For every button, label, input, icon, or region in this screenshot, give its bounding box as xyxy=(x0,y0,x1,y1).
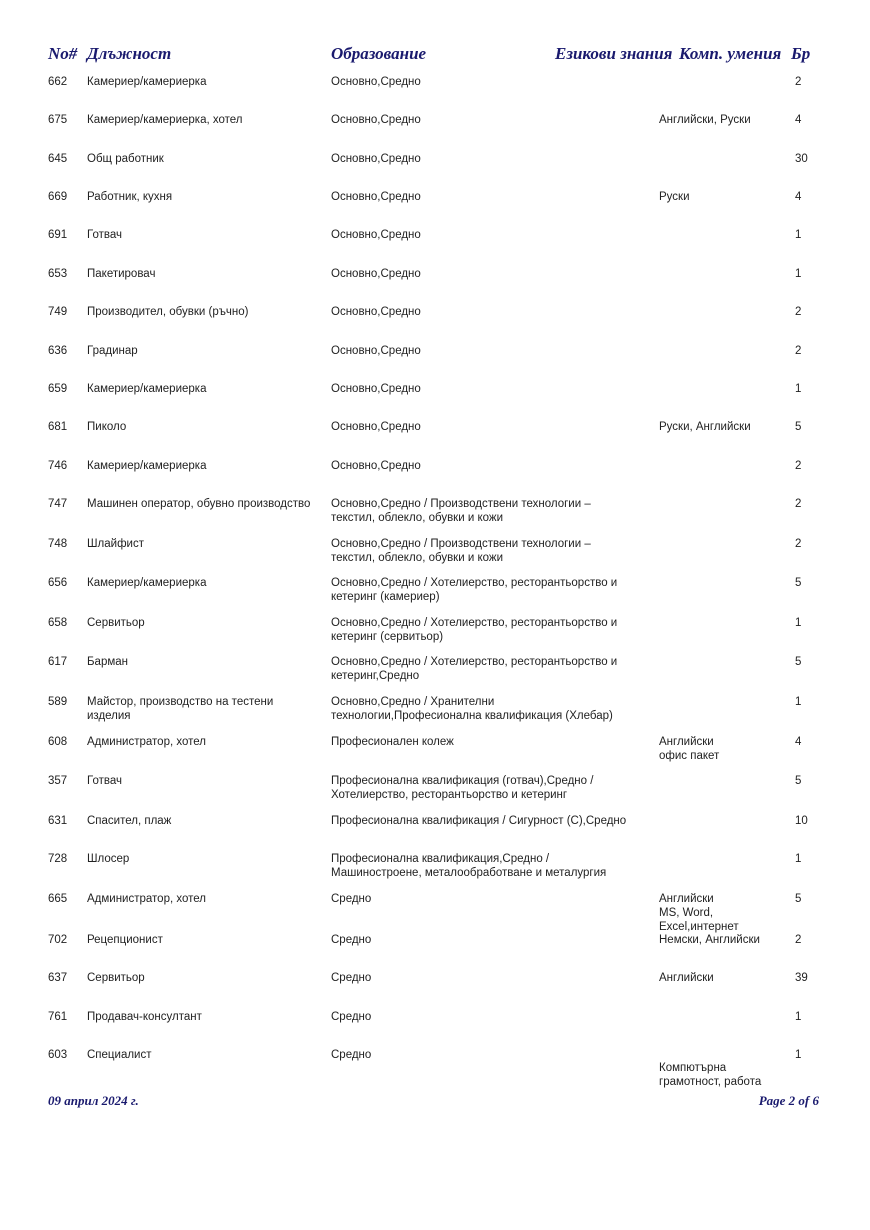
row-number: 681 xyxy=(48,420,67,434)
footer-date: 09 април 2024 г. xyxy=(48,1093,139,1109)
row-number: 659 xyxy=(48,382,67,396)
row-number: 589 xyxy=(48,695,67,709)
position-cell: Общ работник xyxy=(87,152,327,166)
education-cell: Основно,Средно xyxy=(331,305,651,319)
position-cell: Майстор, производство на тестени изделия xyxy=(87,695,327,723)
position-cell: Производител, обувки (ръчно) xyxy=(87,305,327,319)
position-cell: Сервитьор xyxy=(87,616,327,630)
position-cell: Сервитьор xyxy=(87,971,327,985)
languages-cell: Английски xyxy=(659,971,789,985)
education-cell: Основно,Средно xyxy=(331,420,651,434)
count-cell: 2 xyxy=(795,933,801,947)
row-number: 748 xyxy=(48,537,67,551)
position-cell: Шлосер xyxy=(87,852,327,866)
row-number: 691 xyxy=(48,228,67,242)
row-number: 608 xyxy=(48,735,67,749)
row-number: 658 xyxy=(48,616,67,630)
education-cell: Средно xyxy=(331,892,651,906)
languages-cell: Английски офис пакет xyxy=(659,735,789,763)
position-cell: Администратор, хотел xyxy=(87,735,327,749)
row-number: 603 xyxy=(48,1048,67,1062)
row-number: 761 xyxy=(48,1010,67,1024)
count-cell: 5 xyxy=(795,774,801,788)
education-cell: Средно xyxy=(331,1048,651,1062)
row-number: 653 xyxy=(48,267,67,281)
row-number: 747 xyxy=(48,497,67,511)
count-cell: 1 xyxy=(795,1048,801,1062)
education-cell: Професионална квалификация (готвач),Сред… xyxy=(331,774,651,802)
languages-cell: Английски MS, Word, Excel,интернет xyxy=(659,892,789,934)
languages-cell: Руски, Английски xyxy=(659,420,789,434)
row-number: 728 xyxy=(48,852,67,866)
column-header-computer-skills: Комп. умения xyxy=(679,44,781,64)
count-cell: 2 xyxy=(795,497,801,511)
education-cell: Основно,Средно / Хотелиерство, ресторант… xyxy=(331,576,651,604)
education-cell: Основно,Средно / Хранителни технологии,П… xyxy=(331,695,651,723)
count-cell: 1 xyxy=(795,1010,801,1024)
education-cell: Основно,Средно xyxy=(331,344,651,358)
position-cell: Машинен оператор, обувно производство xyxy=(87,497,327,511)
education-cell: Основно,Средно / Хотелиерство, ресторант… xyxy=(331,616,651,644)
count-cell: 2 xyxy=(795,459,801,473)
position-cell: Пакетировач xyxy=(87,267,327,281)
education-cell: Основно,Средно / Производствени технолог… xyxy=(331,537,651,565)
count-cell: 30 xyxy=(795,152,808,166)
count-cell: 2 xyxy=(795,75,801,89)
position-cell: Камериер/камериерка xyxy=(87,459,327,473)
row-number: 662 xyxy=(48,75,67,89)
education-cell: Основно,Средно / Производствени технолог… xyxy=(331,497,651,525)
languages-cell: Английски, Руски xyxy=(659,113,789,127)
row-number: 746 xyxy=(48,459,67,473)
education-cell: Основно,Средно xyxy=(331,113,651,127)
position-cell: Камериер/камериерка xyxy=(87,75,327,89)
education-cell: Основно,Средно xyxy=(331,75,651,89)
row-number: 636 xyxy=(48,344,67,358)
count-cell: 1 xyxy=(795,228,801,242)
column-header-no: No# xyxy=(48,44,77,64)
position-cell: Специалист xyxy=(87,1048,327,1062)
education-cell: Средно xyxy=(331,971,651,985)
row-number: 675 xyxy=(48,113,67,127)
count-cell: 5 xyxy=(795,892,801,906)
count-cell: 2 xyxy=(795,305,801,319)
position-cell: Камериер/камериерка xyxy=(87,576,327,590)
education-cell: Основно,Средно / Хотелиерство, ресторант… xyxy=(331,655,651,683)
column-header-position: Длъжност xyxy=(87,44,171,64)
education-cell: Средно xyxy=(331,933,651,947)
count-cell: 4 xyxy=(795,735,801,749)
row-number: 749 xyxy=(48,305,67,319)
position-cell: Рецепционист xyxy=(87,933,327,947)
position-cell: Готвач xyxy=(87,228,327,242)
position-cell: Администратор, хотел xyxy=(87,892,327,906)
position-cell: Продавач-консултант xyxy=(87,1010,327,1024)
count-cell: 10 xyxy=(795,814,808,828)
education-cell: Средно xyxy=(331,1010,651,1024)
count-cell: 1 xyxy=(795,695,801,709)
column-header-count: Бр xyxy=(791,44,810,64)
education-cell: Основно,Средно xyxy=(331,190,651,204)
position-cell: Готвач xyxy=(87,774,327,788)
row-number: 665 xyxy=(48,892,67,906)
position-cell: Шлайфист xyxy=(87,537,327,551)
count-cell: 4 xyxy=(795,190,801,204)
row-number: 669 xyxy=(48,190,67,204)
count-cell: 1 xyxy=(795,382,801,396)
row-number: 357 xyxy=(48,774,67,788)
column-header-education: Образование xyxy=(331,44,426,64)
education-cell: Основно,Средно xyxy=(331,152,651,166)
footer-page-number: Page 2 of 6 xyxy=(759,1093,819,1109)
position-cell: Спасител, плаж xyxy=(87,814,327,828)
count-cell: 39 xyxy=(795,971,808,985)
education-cell: Основно,Средно xyxy=(331,228,651,242)
computer-skills-overflow: Компютърна грамотност, работа xyxy=(659,1061,789,1089)
education-cell: Основно,Средно xyxy=(331,459,651,473)
position-cell: Камериер/камериерка, хотел xyxy=(87,113,327,127)
position-cell: Пиколо xyxy=(87,420,327,434)
row-number: 656 xyxy=(48,576,67,590)
languages-cell: Руски xyxy=(659,190,789,204)
count-cell: 2 xyxy=(795,344,801,358)
row-number: 631 xyxy=(48,814,67,828)
education-cell: Професионална квалификация / Сигурност (… xyxy=(331,814,651,828)
count-cell: 5 xyxy=(795,576,801,590)
count-cell: 2 xyxy=(795,537,801,551)
row-number: 645 xyxy=(48,152,67,166)
education-cell: Основно,Средно xyxy=(331,382,651,396)
count-cell: 1 xyxy=(795,616,801,630)
position-cell: Камериер/камериерка xyxy=(87,382,327,396)
row-number: 617 xyxy=(48,655,67,669)
education-cell: Основно,Средно xyxy=(331,267,651,281)
position-cell: Градинар xyxy=(87,344,327,358)
row-number: 702 xyxy=(48,933,67,947)
row-number: 637 xyxy=(48,971,67,985)
education-cell: Професионална квалификация,Средно / Маши… xyxy=(331,852,651,880)
column-header-languages: Езикови знания xyxy=(555,44,672,64)
count-cell: 5 xyxy=(795,655,801,669)
languages-cell: Немски, Английски xyxy=(659,933,789,947)
document-page: No# Длъжност Образование Езикови знания … xyxy=(0,0,870,1230)
education-cell: Професионален колеж xyxy=(331,735,651,749)
count-cell: 5 xyxy=(795,420,801,434)
position-cell: Барман xyxy=(87,655,327,669)
position-cell: Работник, кухня xyxy=(87,190,327,204)
count-cell: 4 xyxy=(795,113,801,127)
count-cell: 1 xyxy=(795,852,801,866)
count-cell: 1 xyxy=(795,267,801,281)
